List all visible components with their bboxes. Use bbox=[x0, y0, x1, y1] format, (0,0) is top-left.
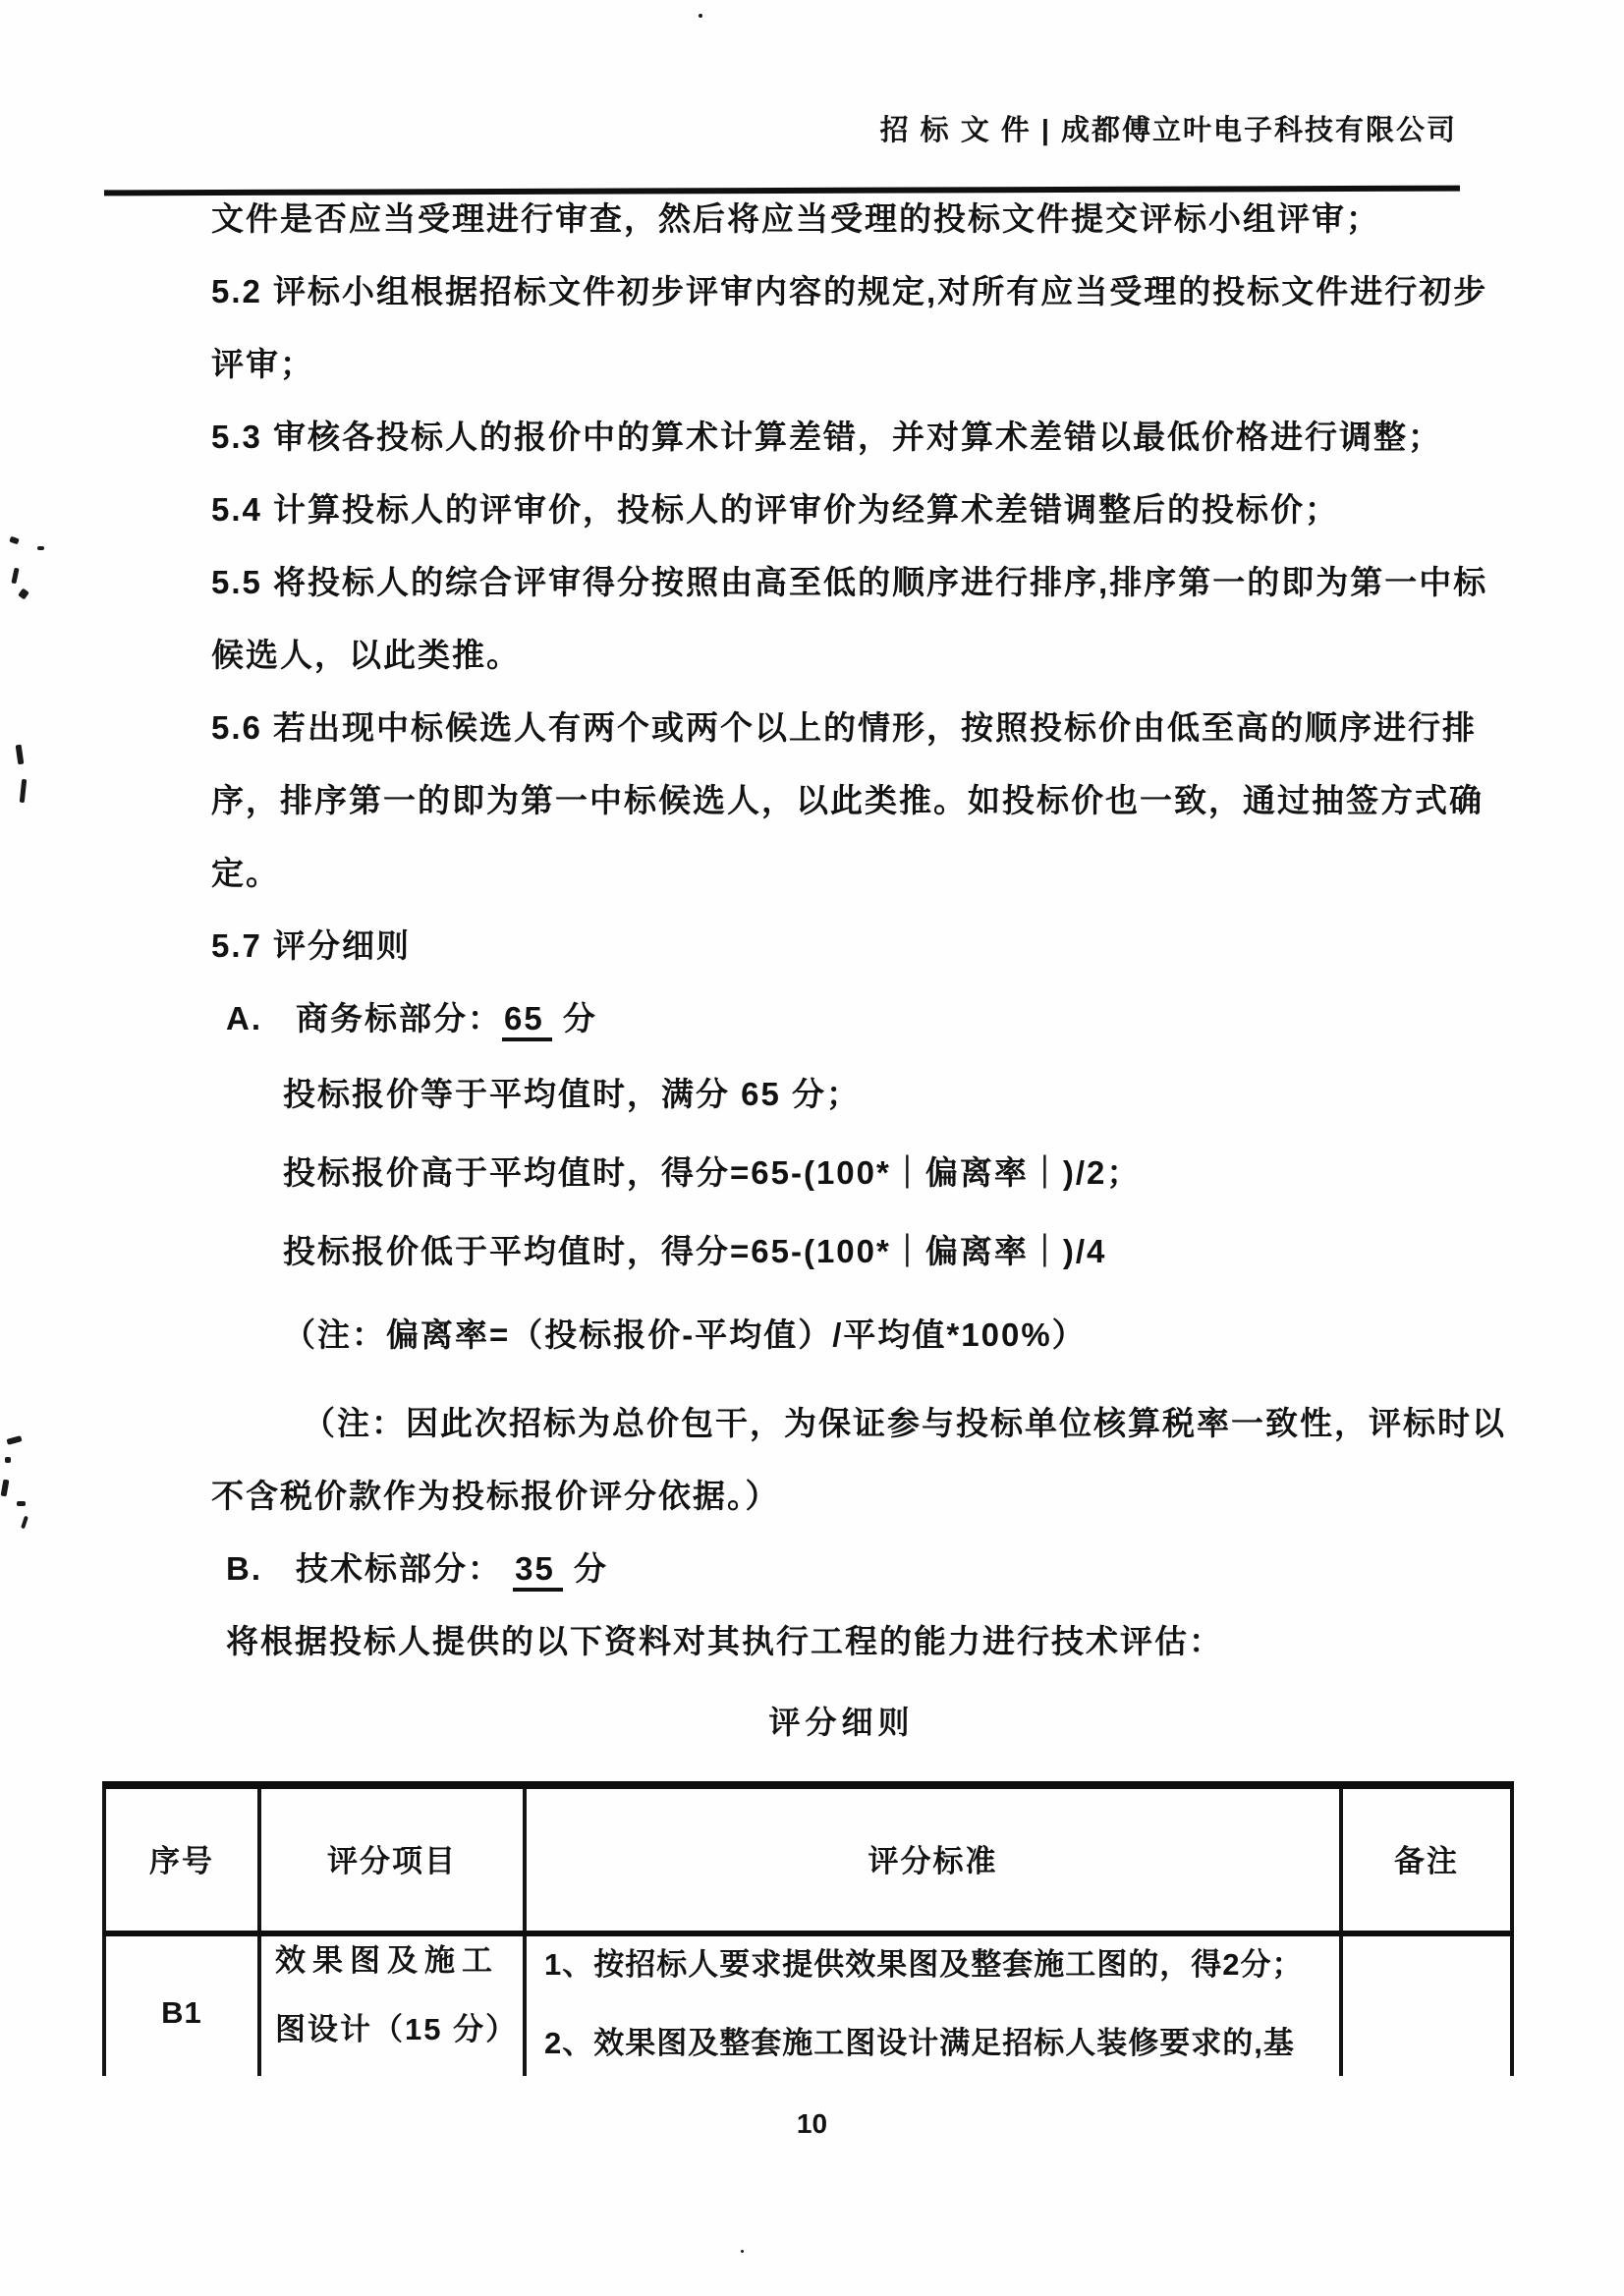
scan-artifact bbox=[741, 2250, 744, 2253]
scan-artifact bbox=[17, 1501, 26, 1506]
body-line: B.技术标部分： 35 分 bbox=[0, 1551, 1624, 1624]
column-header: 评分标准 bbox=[527, 1793, 1339, 1931]
body-text-segment: 分 bbox=[563, 1550, 608, 1587]
body-line: 5.4 计算投标人的评审价，投标人的评审价为经算术差错调整后的投标价； bbox=[0, 492, 1624, 565]
header-rule bbox=[104, 186, 1460, 196]
body-line: 5.5 将投标人的综合评审得分按照由高至低的顺序进行排序,排序第一的即为第一中标 bbox=[0, 565, 1624, 638]
body-line: 不含税价款作为投标报价评分依据。） bbox=[0, 1479, 1624, 1551]
body-line: 将根据投标人提供的以下资料对其执行工程的能力进行技术评估： bbox=[0, 1624, 1624, 1697]
body-line: 评审； bbox=[0, 347, 1624, 420]
scoring-item-cell: 效果图及施工图设计（15 分） bbox=[275, 1944, 521, 2046]
table-title: 评分细则 bbox=[0, 1698, 1624, 1743]
scoring-criteria-line: 2、效果图及整套施工图设计满足招标人装修要求的,基 bbox=[544, 2027, 1330, 2060]
body-line: A.商务标部分：65 分 bbox=[0, 1001, 1624, 1077]
scan-artifact bbox=[699, 14, 702, 18]
body-line: 投标报价高于平均值时，得分=65-(100*｜偏离率｜)/2； bbox=[0, 1155, 1624, 1234]
body-text-segment: 技术标部分： bbox=[296, 1550, 513, 1587]
body-text-segment: A. bbox=[226, 1000, 262, 1036]
scan-artifact bbox=[37, 546, 44, 550]
body-line: 5.2 评标小组根据招标文件初步评审内容的规定,对所有应当受理的投标文件进行初步 bbox=[0, 274, 1624, 347]
body-line: 5.3 审核各投标人的报价中的算术计算差错，并对算术差错以最低价格进行调整； bbox=[0, 420, 1624, 492]
body-line: 投标报价低于平均值时，得分=65-(100*｜偏离率｜)/4 bbox=[0, 1234, 1624, 1317]
document-body: 文件是否应当受理进行审查，然后将应当受理的投标文件提交评标小组评审；5.2 评标… bbox=[0, 201, 1624, 1697]
body-line: 文件是否应当受理进行审查，然后将应当受理的投标文件提交评标小组评审； bbox=[0, 201, 1624, 274]
document-page: 招 标 文 件 | 成都傅立叶电子科技有限公司 文件是否应当受理进行审查，然后将… bbox=[0, 0, 1624, 2296]
body-text-segment: B. bbox=[226, 1550, 262, 1587]
score-value: 65 bbox=[502, 1000, 552, 1041]
page-number: 10 bbox=[0, 2108, 1624, 2140]
scoring-table: 序号评分项目评分标准备注 B1效果图及施工图设计（15 分）1、按招标人要求提供… bbox=[102, 1781, 1514, 2076]
body-line: 5.6 若出现中标候选人有两个或两个以上的情形，按照投标价由低至高的顺序进行排 bbox=[0, 710, 1624, 783]
scoring-criteria-cell: 1、按招标人要求提供效果图及整套施工图的，得2分；2、效果图及整套施工图设计满足… bbox=[544, 1948, 1330, 2060]
scan-artifact bbox=[5, 1457, 11, 1463]
column-header: 备注 bbox=[1343, 1793, 1510, 1931]
column-header: 序号 bbox=[106, 1793, 257, 1931]
score-value: 35 bbox=[513, 1550, 563, 1592]
body-line: （注：偏离率=（投标报价-平均值）/平均值*100%） bbox=[0, 1317, 1624, 1406]
body-text-segment: 分 bbox=[552, 1000, 597, 1036]
scoring-criteria-line: 1、按招标人要求提供效果图及整套施工图的，得2分； bbox=[544, 1948, 1330, 1982]
table-header-divider bbox=[102, 1931, 1514, 1936]
body-line: 序，排序第一的即为第一中标候选人，以此类推。如投标价也一致，通过抽签方式确 bbox=[0, 783, 1624, 856]
header-title: 招 标 文 件 | 成都傅立叶电子科技有限公司 bbox=[880, 108, 1457, 148]
column-header: 评分项目 bbox=[261, 1793, 523, 1931]
scoring-item-line: 图设计（15 分） bbox=[275, 2013, 521, 2046]
body-line: （注：因此次招标为总价包干，为保证参与投标单位核算税率一致性，评标时以 bbox=[0, 1406, 1624, 1479]
body-line: 投标报价等于平均值时，满分 65 分； bbox=[0, 1077, 1624, 1155]
body-text-segment: 商务标部分： bbox=[296, 1000, 502, 1036]
body-line: 定。 bbox=[0, 856, 1624, 928]
body-line: 5.7 评分细则 bbox=[0, 928, 1624, 1001]
scoring-item-line: 效果图及施工 bbox=[275, 1944, 521, 1978]
body-line: 候选人，以此类推。 bbox=[0, 638, 1624, 710]
row-id-cell: B1 bbox=[106, 1938, 257, 2031]
